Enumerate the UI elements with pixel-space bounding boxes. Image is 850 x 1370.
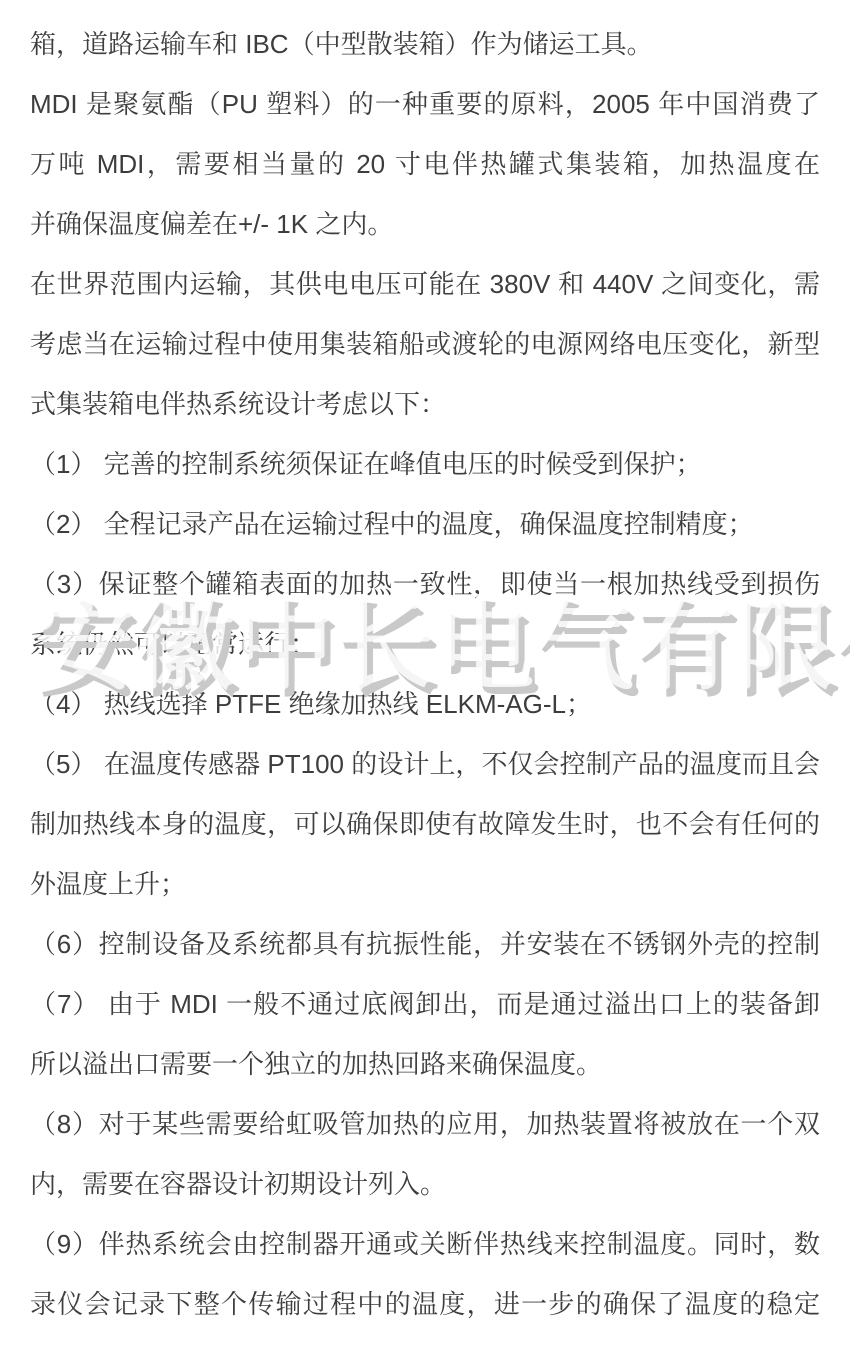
- text-line: 万吨 MDI，需要相当量的 20 寸电伴热罐式集装箱，加热温度在 43℃，: [30, 134, 820, 194]
- text-line: （4） 热线选择 PTFE 绝缘加热线 ELKM-AG-L；: [30, 674, 820, 734]
- text-line: （3）保证整个罐箱表面的加热一致性，即使当一根加热线受到损伤整个: [30, 554, 820, 614]
- text-line: 系统仍然可以正常运行；: [30, 614, 820, 674]
- text-line: 式集装箱电伴热系统设计考虑以下：: [30, 374, 820, 434]
- text-line: 箱，道路运输车和 IBC（中型散装箱）作为储运工具。: [30, 14, 820, 74]
- text-line: （6）控制设备及系统都具有抗振性能，并安装在不锈钢外壳的控制盒中。: [30, 914, 820, 974]
- text-line: 制加热线本身的温度，可以确保即使有故障发生时，也不会有任何的意: [30, 794, 820, 854]
- text-line: 内，需要在容器设计初期设计列入。: [30, 1154, 820, 1214]
- text-line: （8）对于某些需要给虹吸管加热的应用，加热装置将被放在一个双套管: [30, 1094, 820, 1154]
- text-line: 外温度上升；: [30, 854, 820, 914]
- text-line: （9）伴热系统会由控制器开通或关断伴热线来控制温度。同时，数据记: [30, 1214, 820, 1274]
- text-line: 所以溢出口需要一个独立的加热回路来确保温度。: [30, 1034, 820, 1094]
- text-line: （7） 由于 MDI 一般不通过底阀卸出，而是通过溢出口上的装备卸出，: [30, 974, 820, 1034]
- document-page: 箱，道路运输车和 IBC（中型散装箱）作为储运工具。MDI 是聚氨酯（PU 塑料…: [0, 0, 850, 1370]
- text-line: 并确保温度偏差在+/- 1K 之内。: [30, 194, 820, 254]
- document-body: 箱，道路运输车和 IBC（中型散装箱）作为储运工具。MDI 是聚氨酯（PU 塑料…: [30, 14, 820, 1334]
- text-line: 考虑当在运输过程中使用集装箱船或渡轮的电源网络电压变化，新型罐: [30, 314, 820, 374]
- text-line: （5） 在温度传感器 PT100 的设计上，不仅会控制产品的温度而且会控: [30, 734, 820, 794]
- text-line: （2） 全程记录产品在运输过程中的温度，确保温度控制精度；: [30, 494, 820, 554]
- text-line: （1） 完善的控制系统须保证在峰值电压的时候受到保护；: [30, 434, 820, 494]
- text-line: 在世界范围内运输，其供电电压可能在 380V 和 440V 之间变化，需要: [30, 254, 820, 314]
- text-line: 录仪会记录下整个传输过程中的温度，进一步的确保了温度的稳定性。: [30, 1274, 820, 1334]
- text-line: MDI 是聚氨酯（PU 塑料）的一种重要的原料，2005 年中国消费了 51: [30, 74, 820, 134]
